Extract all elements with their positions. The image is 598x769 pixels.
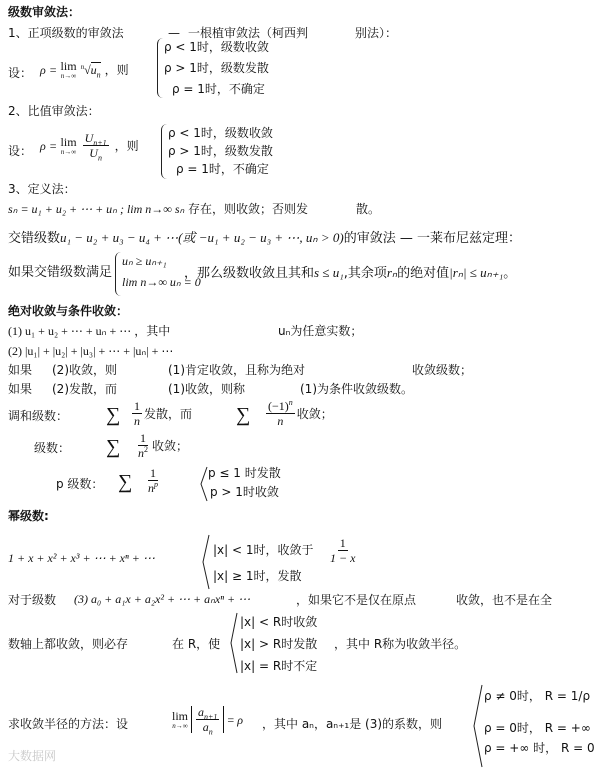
alternating-formula: u₁ − u₂ + u₃ − u₄ + ⋯(或 −u₁ + u₂ − u₃ + …	[60, 230, 344, 245]
case-item: |x| < 1时，收敛于	[213, 544, 314, 556]
case-item: p > 1时收敛	[210, 486, 279, 498]
series-2: (2) |u₁| + |u₂| + |u₃| + ⋯ + |uₙ| + ⋯	[8, 345, 173, 357]
general-power-series: (3) a₀ + a₁x + a₂x² + ⋯ + aₙxⁿ + ⋯	[74, 593, 250, 605]
text: (2)发散，而	[52, 383, 117, 395]
text: 。	[503, 266, 516, 281]
angle-brace	[201, 534, 211, 590]
text: 收敛；	[152, 440, 188, 452]
remainder-bound: |rₙ| ≤ uₙ₊₁	[449, 265, 503, 280]
rho-symbol: ρ	[40, 64, 46, 76]
case-item: ρ < 1时，级数收敛	[168, 127, 273, 139]
leibniz-conclusion: ，那么级数收敛且其和s ≤ u₁,其余项rₙ的绝对值|rₙ| ≤ uₙ₊₁。	[184, 266, 516, 280]
limit: limn→∞	[61, 60, 77, 80]
alternating-prefix: 交错级数	[8, 231, 60, 246]
root-test-heading: 1、正项级数的审敛法	[8, 27, 124, 39]
leibniz-cond-1: uₙ ≥ uₙ₊₁	[122, 255, 167, 267]
text: ,其余项	[344, 266, 387, 281]
case-item: p ≤ 1 时发散	[208, 467, 281, 479]
case-item: ρ > 1时，级数发散	[168, 145, 273, 157]
alternating-line: 交错级数u₁ − u₂ + u₃ − u₄ + ⋯(或 −u₁ + u₂ − u…	[8, 231, 521, 245]
alternating-harmonic-term: (−1)nn收敛；	[264, 400, 333, 427]
series-label: 级数：	[34, 442, 70, 454]
definition-heading: 3、定义法：	[8, 183, 76, 195]
text: 在 R，使	[172, 638, 220, 650]
text: 发散，而	[144, 408, 192, 420]
root-test-method: 一根植审敛法（柯西判	[188, 27, 308, 39]
general-prefix: 对于级数	[8, 594, 56, 606]
p-series-label: p 级数：	[56, 478, 103, 490]
case-item: |x| < R时收敛	[240, 616, 317, 628]
case-item: ρ > 1时，级数发散	[164, 62, 269, 74]
text: (1)收敛，则称	[168, 383, 245, 395]
definition-text: 存在，则收敛；否则发	[188, 203, 308, 215]
leibniz-label: 的审敛法 — 一莱布尼兹定理：	[344, 231, 521, 246]
text: 收敛级数；	[412, 364, 472, 376]
radius-formula: limn→∞ an+1an = ρ	[172, 706, 243, 733]
brace	[157, 38, 164, 98]
numerator: 1	[338, 537, 348, 551]
section-title-power: 幂级数:	[8, 510, 49, 522]
harmonic-term: 1n发散，而	[130, 400, 192, 427]
case-item: ρ < 1时，级数收敛	[164, 41, 269, 53]
leibniz-prefix: 如果交错级数满足	[8, 266, 112, 279]
angle-brace	[472, 684, 484, 768]
ratio-fraction: Un+1Un	[83, 132, 109, 159]
nth-root: n√un	[81, 64, 101, 76]
if-label: 如果	[8, 364, 32, 376]
ratio-test-formula: ρ= limn→∞ Un+1Un ，则	[40, 132, 139, 159]
geometric-series: 1 + x + x² + x³ + ⋯ + xⁿ + ⋯	[8, 552, 155, 564]
case-item: |x| = R时不定	[240, 660, 317, 672]
brace	[115, 252, 121, 296]
if-label: 如果	[8, 383, 32, 395]
case-item: ρ = 1时，不确定	[176, 163, 269, 175]
text: 收敛，也不是在全	[456, 594, 552, 606]
text: (1)为条件收敛级数。	[300, 383, 413, 395]
series-1-end: uₙ为任意实数；	[278, 325, 362, 337]
watermark: 大数据网	[8, 750, 56, 762]
dash: —	[168, 27, 180, 39]
sigma-icon: ∑	[118, 472, 132, 492]
sum-bound: s ≤ u₁	[314, 265, 344, 280]
case-item: ρ = 1时，不确定	[172, 83, 265, 95]
definition-text-end: 散。	[356, 203, 380, 215]
p-series-term: 1np	[144, 467, 162, 494]
section-title-absolute: 绝对收敛与条件收敛：	[8, 305, 128, 317]
set-label: 设：	[8, 67, 32, 79]
sum-fraction: 11 − x	[326, 537, 359, 564]
angle-brace	[229, 612, 239, 674]
sigma-icon: ∑	[236, 405, 250, 425]
radius-method-label: 求收敛半径的方法：设	[8, 718, 128, 730]
sigma-icon: ∑	[106, 405, 120, 425]
text: (2)收敛，则	[52, 364, 117, 376]
brace	[161, 124, 168, 179]
set-label: 设：	[8, 145, 32, 157]
text: ，那么级数收敛且其和	[184, 266, 314, 281]
case-item: ρ = 0时， R = +∞	[484, 722, 591, 734]
text: ，如果它不是仅在原点	[296, 594, 416, 606]
definition-formula: sₙ = u₁ + u₂ + ⋯ + uₙ ; lim n→∞ sₙ	[8, 203, 184, 215]
case-item: ρ = +∞ 时， R = 0	[484, 742, 595, 754]
text: ，其中 R称为收敛半径。	[334, 638, 466, 650]
case-item: |x| ≥ 1时，发散	[213, 570, 302, 582]
root-test-method-end: 别法）：	[355, 27, 397, 39]
remainder: rₙ	[387, 265, 397, 280]
text: 的绝对值	[397, 266, 449, 281]
ratio-test-heading: 2、比值审敛法：	[8, 105, 100, 117]
root-test-formula: ρ= limn→∞ n√un ，则	[40, 60, 129, 80]
text: ，其中 aₙ，aₙ₊₁是 (3)的系数，则	[262, 718, 442, 730]
text: 数轴上都收敛，则必存	[8, 638, 128, 650]
denominator: 1 − x	[328, 551, 357, 564]
text: (1)肯定收敛，且称为绝对	[168, 364, 305, 376]
text: 收敛；	[297, 408, 333, 420]
case-item: |x| > R时发散	[240, 638, 317, 650]
harmonic-label: 调和级数：	[8, 410, 68, 422]
section-title-convergence: 级数审敛法：	[8, 6, 80, 18]
inverse-square-term: 1n2收敛；	[134, 432, 188, 459]
case-item: ρ ≠ 0时， R = 1/ρ	[484, 690, 590, 702]
sigma-icon: ∑	[106, 437, 120, 457]
series-1: (1) u₁ + u₂ + ⋯ + uₙ + ⋯ ，其中	[8, 325, 170, 337]
